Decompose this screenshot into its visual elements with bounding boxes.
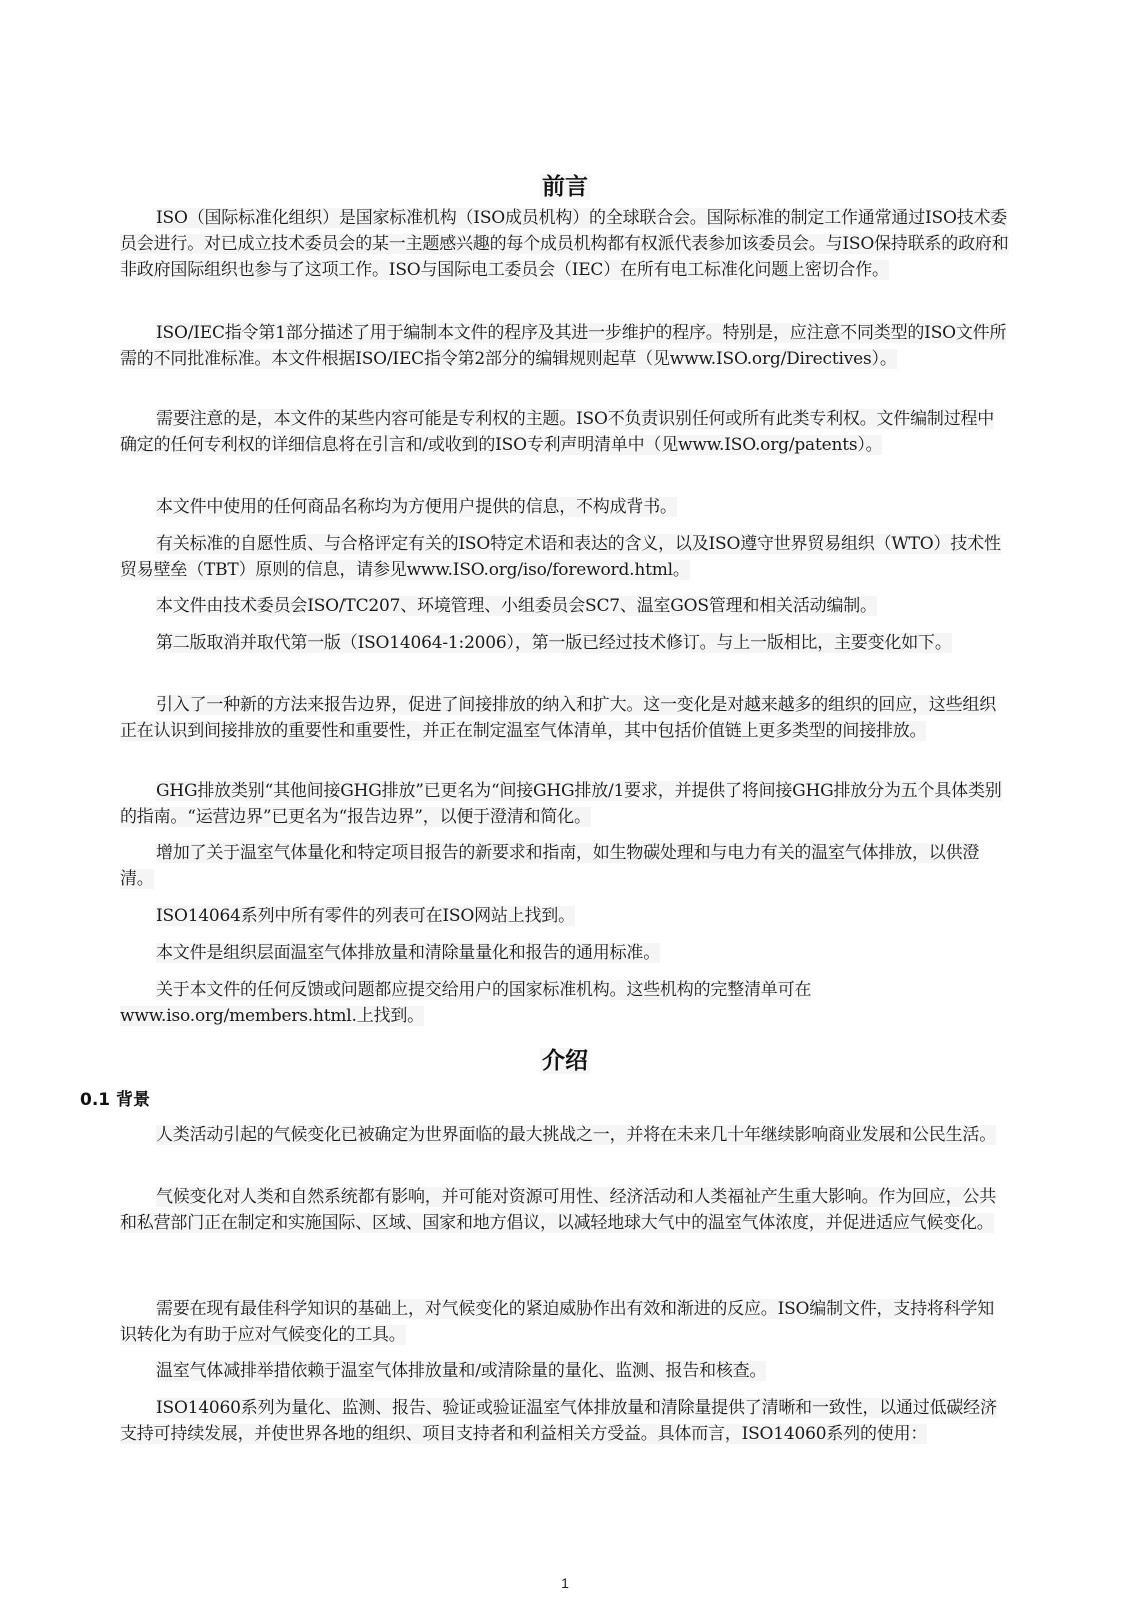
- paragraph-text: 本文件由技术委员会ISO/TC207、环境管理、小组委员会SC7、温室GOS管理…: [156, 596, 877, 616]
- foreword-paragraph-10: 增加了关于温室气体量化和特定项目报告的新要求和指南，如生物碳处理和与电力有关的温…: [120, 840, 1010, 892]
- foreword-paragraph-3: 需要注意的是，本文件的某些内容可能是专利权的主题。ISO不负责识别任何或所有此类…: [120, 406, 1010, 458]
- foreword-paragraph-7: 第二版取消并取代第一版（ISO14064-1:2006），第一版已经过技术修订。…: [120, 630, 1010, 656]
- paragraph-text: 有关标准的自愿性质、与合格评定有关的ISO特定术语和表达的含义，以及ISO遵守世…: [120, 534, 1001, 580]
- introduction-title-text: 介绍: [540, 1048, 590, 1074]
- paragraph-text: GHG排放类别“其他间接GHG排放”已更名为“间接GHG排放/1要求，并提供了将…: [120, 781, 1002, 827]
- paragraph-text: 人类活动引起的气候变化已被确定为世界面临的最大挑战之一，并将在未来几十年继续影响…: [156, 1125, 996, 1145]
- intro-paragraph-1: 人类活动引起的气候变化已被确定为世界面临的最大挑战之一，并将在未来几十年继续影响…: [120, 1122, 1010, 1148]
- intro-paragraph-4: 温室气体减排举措依赖于温室气体排放量和/或清除量的量化、监测、报告和核查。: [120, 1358, 1010, 1384]
- foreword-paragraph-8: 引入了一种新的方法来报告边界，促进了间接排放的纳入和扩大。这一变化是对越来越多的…: [120, 692, 1010, 744]
- page-number: 1: [0, 1575, 1130, 1591]
- intro-paragraph-5: ISO14060系列为量化、监测、报告、验证或验证温室气体排放量和清除量提供了清…: [120, 1395, 1010, 1447]
- paragraph-text: ISO（国际标准化组织）是国家标准机构（ISO成员机构）的全球联合会。国际标准的…: [120, 208, 1009, 280]
- paragraph-text: 需要注意的是，本文件的某些内容可能是专利权的主题。ISO不负责识别任何或所有此类…: [120, 409, 994, 455]
- intro-paragraph-2: 气候变化对人类和自然系统都有影响，并可能对资源可用性、经济活动和人类福祉产生重大…: [120, 1184, 1010, 1236]
- foreword-title: 前言: [0, 168, 1130, 201]
- paragraph-text: 第二版取消并取代第一版（ISO14064-1:2006），第一版已经过技术修订。…: [156, 633, 952, 653]
- foreword-title-text: 前言: [540, 174, 590, 200]
- foreword-paragraph-13: 关于本文件的任何反馈或问题都应提交给用户的国家标准机构。这些机构的完整清单可在w…: [120, 977, 1010, 1029]
- paragraph-text: 气候变化对人类和自然系统都有影响，并可能对资源可用性、经济活动和人类福祉产生重大…: [120, 1187, 996, 1233]
- paragraph-text: 本文件是组织层面温室气体排放量和清除量量化和报告的通用标准。: [156, 943, 660, 963]
- section-heading-background: 0.1 背景: [80, 1085, 150, 1110]
- paragraph-text: 关于本文件的任何反馈或问题都应提交给用户的国家标准机构。这些机构的完整清单可在w…: [120, 980, 811, 1026]
- introduction-title: 介绍: [0, 1042, 1130, 1075]
- document-page: 前言 ISO（国际标准化组织）是国家标准机构（ISO成员机构）的全球联合会。国际…: [0, 0, 1130, 1600]
- foreword-paragraph-5: 有关标准的自愿性质、与合格评定有关的ISO特定术语和表达的含义，以及ISO遵守世…: [120, 531, 1010, 583]
- paragraph-text: ISO14064系列中所有零件的列表可在ISO网站上找到。: [156, 906, 575, 926]
- foreword-paragraph-4: 本文件中使用的任何商品名称均为方便用户提供的信息，不构成背书。: [120, 494, 1010, 520]
- paragraph-text: ISO14060系列为量化、监测、报告、验证或验证温室气体排放量和清除量提供了清…: [120, 1398, 997, 1444]
- foreword-paragraph-1: ISO（国际标准化组织）是国家标准机构（ISO成员机构）的全球联合会。国际标准的…: [120, 205, 1010, 283]
- paragraph-text: ISO/IEC指令第1部分描述了用于编制本文件的程序及其进一步维护的程序。特别是…: [120, 323, 1006, 369]
- foreword-paragraph-12: 本文件是组织层面温室气体排放量和清除量量化和报告的通用标准。: [120, 940, 1010, 966]
- intro-paragraph-3: 需要在现有最佳科学知识的基础上，对气候变化的紧迫威胁作出有效和渐进的反应。ISO…: [120, 1296, 1010, 1348]
- foreword-paragraph-6: 本文件由技术委员会ISO/TC207、环境管理、小组委员会SC7、温室GOS管理…: [120, 593, 1010, 619]
- foreword-paragraph-9: GHG排放类别“其他间接GHG排放”已更名为“间接GHG排放/1要求，并提供了将…: [120, 778, 1010, 830]
- paragraph-text: 需要在现有最佳科学知识的基础上，对气候变化的紧迫威胁作出有效和渐进的反应。ISO…: [120, 1299, 994, 1345]
- foreword-paragraph-11: ISO14064系列中所有零件的列表可在ISO网站上找到。: [120, 903, 1010, 929]
- paragraph-text: 引入了一种新的方法来报告边界，促进了间接排放的纳入和扩大。这一变化是对越来越多的…: [120, 695, 996, 741]
- paragraph-text: 本文件中使用的任何商品名称均为方便用户提供的信息，不构成背书。: [156, 497, 677, 517]
- paragraph-text: 温室气体减排举措依赖于温室气体排放量和/或清除量的量化、监测、报告和核查。: [156, 1361, 766, 1381]
- foreword-paragraph-2: ISO/IEC指令第1部分描述了用于编制本文件的程序及其进一步维护的程序。特别是…: [120, 320, 1010, 372]
- paragraph-text: 增加了关于温室气体量化和特定项目报告的新要求和指南，如生物碳处理和与电力有关的温…: [120, 843, 979, 889]
